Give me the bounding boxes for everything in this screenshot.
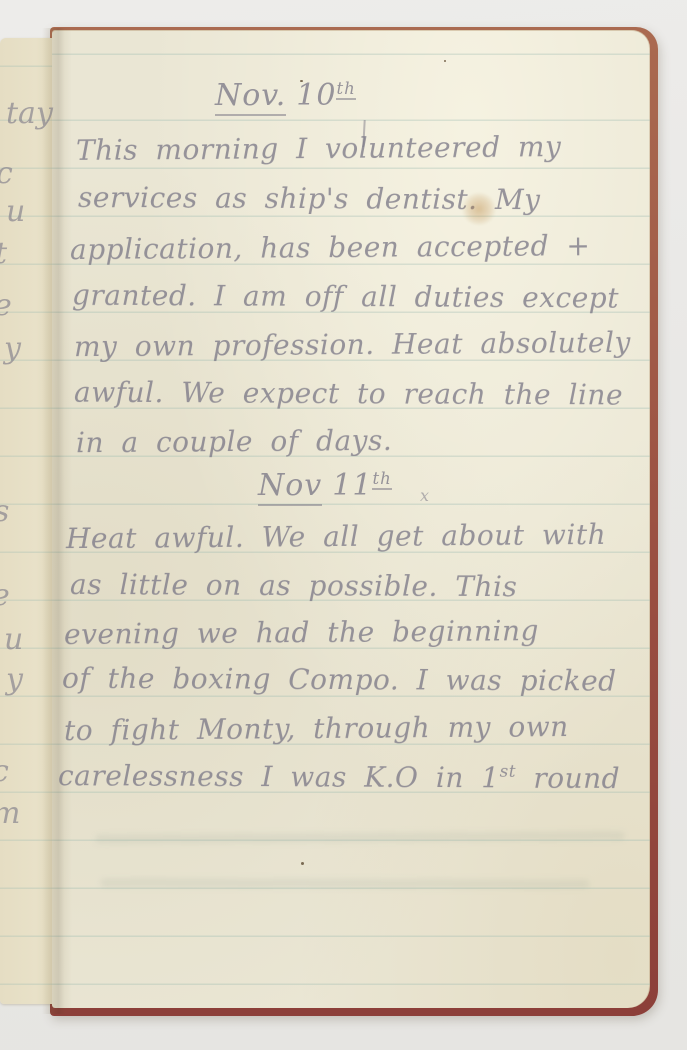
gutter-fragment: m	[0, 796, 20, 831]
gutter-fragment: c	[0, 754, 9, 789]
date-day: 10	[296, 78, 336, 113]
paper-speck	[300, 80, 303, 82]
paper-speck	[301, 862, 304, 865]
handwritten-line: as little on as possible. This	[70, 568, 517, 603]
handwritten-line: my own profession. Heat absolutely	[74, 326, 631, 363]
entry-date-heading: Nov.10th	[215, 78, 356, 113]
gutter-fragment: t	[0, 236, 7, 271]
gutter-fragment: e	[0, 288, 12, 323]
handwritten-line: to fight Monty, through my own	[64, 710, 569, 747]
ink-stain	[461, 193, 497, 225]
stray-x-mark: x	[420, 486, 429, 505]
handwritten-line: of the boxing Compo. I was picked	[62, 662, 617, 698]
photo-backdrop: tay c u t e y s e u y c m Nov.10th This …	[0, 0, 687, 1050]
handwritten-line: granted. I am off all duties except	[72, 279, 619, 315]
gutter-fragment: u	[4, 622, 23, 657]
date-month: Nov.	[215, 78, 286, 116]
gutter-fragment: e	[0, 578, 10, 613]
gutter-fragment: y	[6, 662, 23, 697]
handwritten-line: in a couple of days.	[76, 424, 392, 459]
handwritten-line: application, has been accepted +	[70, 229, 591, 266]
line-text: round	[516, 761, 620, 795]
date-month: Nov	[258, 468, 322, 506]
ghost-text-showthrough	[100, 878, 590, 889]
gutter-fragment: u	[6, 194, 25, 229]
date-ordinal: th	[372, 469, 391, 490]
gutter-fragment: s	[0, 494, 9, 529]
entry-date-heading: Nov11th	[258, 468, 392, 503]
handwritten-line: Heat awful. We all get about with	[66, 518, 606, 555]
line-text: carelessness I was K.O in 1	[58, 759, 500, 794]
handwritten-line: carelessness I was K.O in 1st round	[58, 759, 620, 795]
ordinal-superscript: st	[500, 761, 516, 781]
gutter-fragment: tay	[6, 96, 53, 131]
date-ordinal: th	[336, 79, 355, 100]
handwritten-line: This morning I volunteered my	[76, 130, 562, 167]
handwritten-line: awful. We expect to reach the line	[74, 376, 623, 412]
handwritten-line: evening we had the beginning	[64, 614, 539, 651]
gutter-fragment: y	[4, 331, 21, 366]
paper-speck	[444, 60, 446, 62]
gutter-fragment: c	[0, 156, 13, 191]
date-day: 11	[332, 468, 372, 503]
